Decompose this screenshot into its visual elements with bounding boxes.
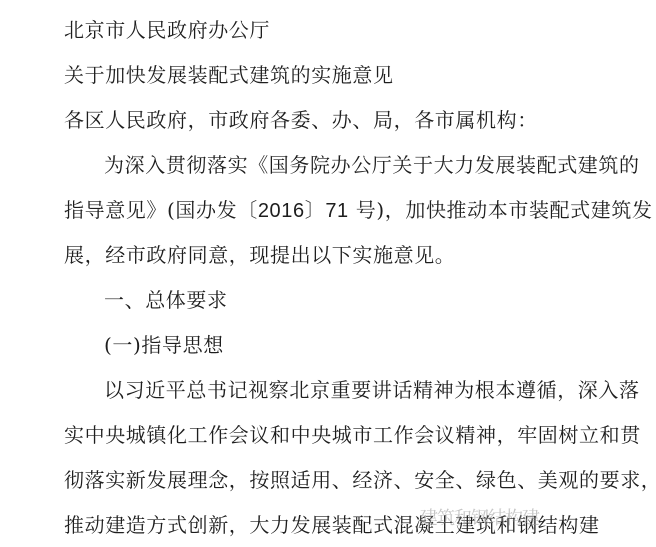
document-number: 71 — [325, 200, 348, 222]
subsection-heading: (一)指导思想 — [104, 333, 224, 357]
section-heading: 一、总体要求 — [104, 288, 228, 312]
addressee-line: 各区人民政府，市政府各委、办、局，各市属机构： — [64, 108, 538, 132]
guiding-paragraph-line-1: 以习近平总书记视察北京重要讲话精神为根本遵循，深入落 — [104, 378, 640, 402]
intro-line-2-part-a: 指导意见》(国办发〔 — [64, 198, 258, 222]
intro-paragraph-line-2: 指导意见》(国办发〔2016〕71 号)，加快推动本市装配式建筑发 — [64, 198, 653, 223]
document-page: 北京市人民政府办公厅 关于加快发展装配式建筑的实施意见 各区人民政府，市政府各委… — [0, 0, 656, 547]
guiding-paragraph-line-3: 彻落实新发展理念，按照适用、经济、安全、绿色、美观的要求， — [64, 468, 656, 492]
document-title: 关于加快发展装配式建筑的实施意见 — [64, 63, 394, 87]
watermark-overlay: 建筑和钢结构建 — [420, 508, 539, 530]
intro-line-2-part-c: 号)，加快推动本市装配式建筑发 — [349, 198, 653, 222]
document-year: 2016 — [258, 200, 305, 222]
intro-paragraph-line-3: 展，经市政府同意，现提出以下实施意见。 — [64, 243, 455, 267]
intro-line-2-part-b: 〕 — [305, 198, 326, 222]
intro-paragraph-line-1: 为深入贯彻落实《国务院办公厅关于大力发展装配式建筑的 — [104, 153, 640, 177]
guiding-paragraph-line-2: 实中央城镇化工作会议和中央城市工作会议精神，牢固树立和贯 — [64, 423, 641, 447]
issuer-line: 北京市人民政府办公厅 — [64, 18, 270, 42]
